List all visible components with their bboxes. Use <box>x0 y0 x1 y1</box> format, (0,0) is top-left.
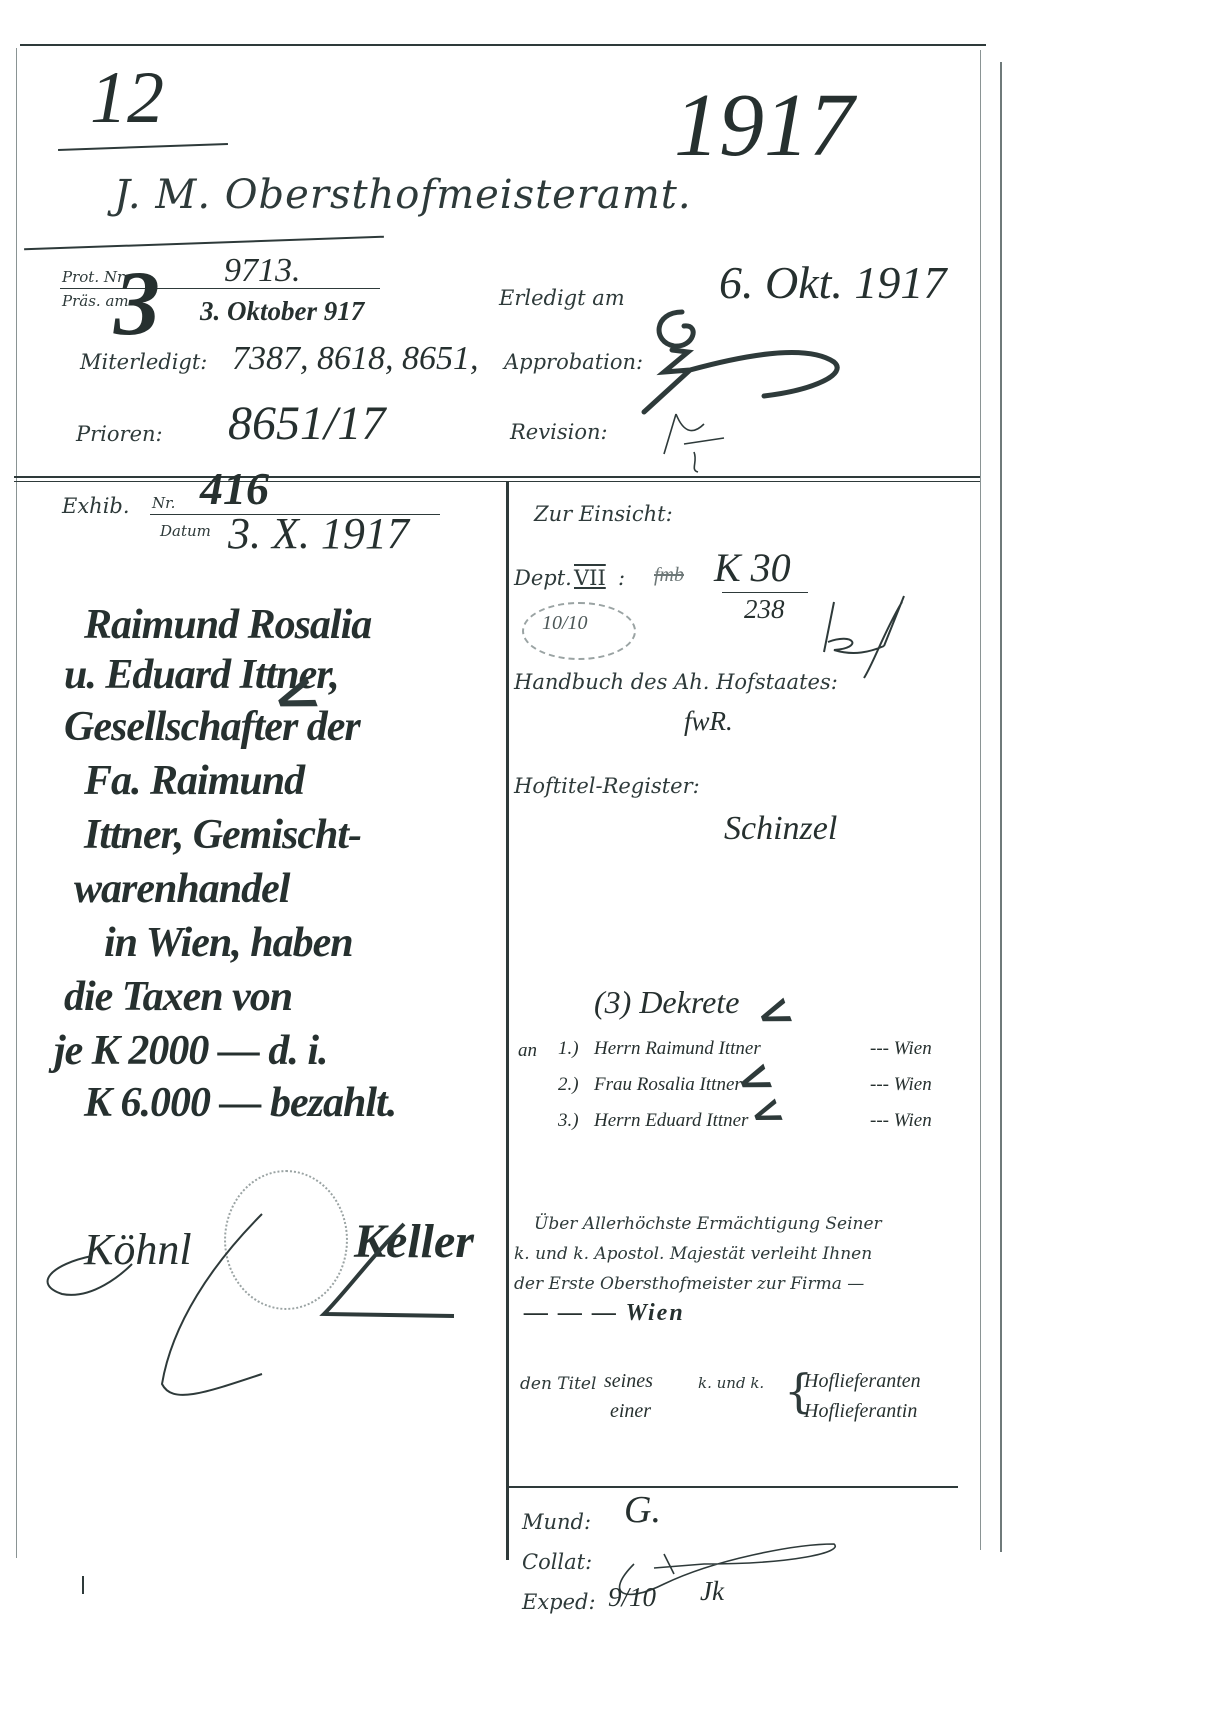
prot-nr-value: 9713. <box>224 252 301 290</box>
left-body-text: Raimund Rosalia u. Eduard Ittner, Gesell… <box>44 604 504 1024</box>
dept-fraction-bar <box>722 592 808 593</box>
recipient-name: Frau Rosalia Ittner <box>594 1074 742 1096</box>
erledigt-label: Erledigt am <box>499 286 625 310</box>
recipient-num: 2.) <box>558 1074 579 1096</box>
header-divider-1 <box>14 476 980 478</box>
exhib-nr-label: Nr. <box>152 494 175 512</box>
body-line: warenhandel <box>74 868 534 910</box>
right-border <box>980 50 981 1550</box>
miterledigt-value: 7387, 8618, 8651, <box>232 340 479 378</box>
bottom-left-mark <box>82 1576 84 1594</box>
prot-divider <box>60 288 380 289</box>
file-number-underline <box>58 143 228 151</box>
revision-label: Revision: <box>510 420 608 444</box>
recipient-name: Herrn Eduard Ittner <box>594 1110 748 1132</box>
dept-entry-bottom: 238 <box>744 594 785 625</box>
office-title: J. M. Obersthofmeisteramt. <box>114 172 692 218</box>
recipient-city: --- Wien <box>870 1038 932 1060</box>
title-kuk: k. und k. <box>698 1374 764 1392</box>
left-border <box>16 48 17 1558</box>
dept-initials <box>814 592 914 682</box>
collat-label: Collat: <box>522 1550 592 1574</box>
body-line: K 6.000 — bezahlt. <box>84 1082 544 1124</box>
title-prefix: den Titel <box>520 1374 596 1394</box>
dept-entry-top: K 30 <box>714 544 791 591</box>
mund-label: Mund: <box>522 1510 591 1534</box>
handbuch-label: Handbuch des Ah. Hofstaates: <box>514 670 838 694</box>
datum-value: 3. X. 1917 <box>228 508 409 559</box>
year: 1917 <box>674 74 854 177</box>
right-outer-edge <box>1000 62 1002 1552</box>
decree-text-line: k. und k. Apostol. Majestät verleiht Ihn… <box>514 1244 872 1264</box>
decree-text-line: Über Allerhöchste Ermächtigung Seiner <box>534 1214 882 1234</box>
signature-left-flourish <box>32 1204 272 1404</box>
recipient-name: Herrn Raimund Ittner <box>594 1038 761 1060</box>
exped-value: 9/10 <box>608 1582 656 1613</box>
exped-initials: Jk <box>700 1576 724 1607</box>
handbuch-value: fwR. <box>684 706 733 737</box>
body-line: Fa. Raimund <box>84 760 544 802</box>
hoftitel-value: Schinzel <box>724 810 837 848</box>
decree-text-line: — — — Wien <box>524 1300 685 1327</box>
dekrete-heading: (3) Dekrete <box>594 984 739 1021</box>
footer-divider <box>508 1486 958 1488</box>
header-divider-2 <box>14 481 980 482</box>
exped-label: Exped: <box>522 1590 596 1614</box>
approbation-label: Approbation: <box>504 350 643 374</box>
recipient-city: --- Wien <box>870 1110 932 1132</box>
title-feminine: Hoflieferantin <box>804 1400 917 1423</box>
prioren-value: 8651/17 <box>228 396 385 451</box>
title-seines: seines <box>604 1370 653 1393</box>
dept-label: Dept. <box>514 566 572 590</box>
praes-am-value: 3. Oktober 917 <box>200 296 364 327</box>
datum-label: Datum <box>160 522 211 540</box>
miterledigt-label: Miterledigt: <box>80 350 207 374</box>
archival-record-sheet: 12 1917 J. M. Obersthofmeisteramt. Prot.… <box>14 44 1004 1614</box>
recipient-num: 1.) <box>558 1038 579 1060</box>
exhib-label: Exhib. <box>62 494 130 518</box>
big-numeral: 3 <box>114 250 160 356</box>
dept-numeral: VII <box>574 566 606 590</box>
dept-stamp-value: 10/10 <box>542 612 588 635</box>
body-line: die Taxen von <box>64 976 524 1018</box>
recipient-city: --- Wien <box>870 1074 932 1096</box>
recipient-row: 1.) Herrn Raimund Ittner --- Wien <box>558 1034 998 1070</box>
recipient-num: 3.) <box>558 1110 579 1132</box>
body-line: Raimund Rosalia <box>84 604 544 646</box>
signature-right-flourish <box>314 1214 474 1334</box>
dept-colon: : <box>618 566 625 590</box>
title-underline <box>24 236 384 251</box>
decree-text-line: der Erste Obersthofmeister zur Firma — <box>514 1274 864 1294</box>
body-line: je K 2000 — d. i. <box>54 1030 514 1072</box>
body-line: in Wien, haben <box>104 922 564 964</box>
top-border <box>20 44 986 46</box>
revision-initials <box>654 404 734 474</box>
dept-crossed-entry: fmb <box>654 564 684 587</box>
title-einer: einer <box>610 1400 651 1423</box>
body-line: Ittner, Gemischt- <box>84 814 544 856</box>
hoftitel-label: Hoftitel-Register: <box>514 774 700 798</box>
prioren-label: Prioren: <box>76 422 163 446</box>
file-number: 12 <box>90 56 164 141</box>
an-label: an <box>518 1040 537 1062</box>
title-masculine: Hoflieferanten <box>804 1370 921 1393</box>
zur-einsicht-label: Zur Einsicht: <box>534 502 673 526</box>
